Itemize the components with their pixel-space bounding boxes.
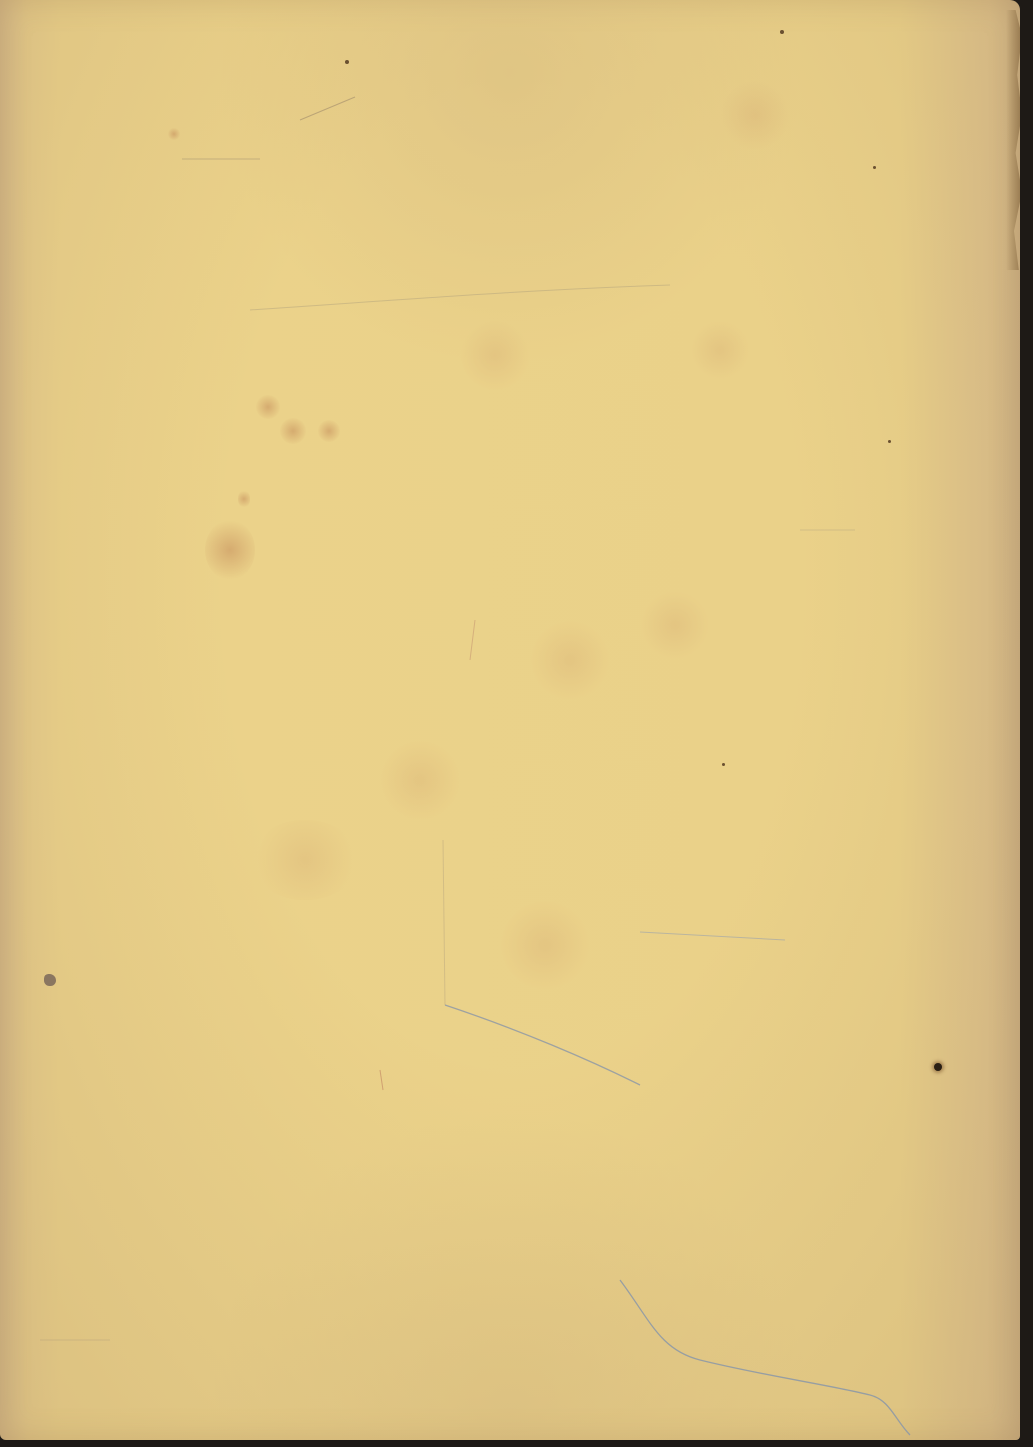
speck — [722, 763, 725, 766]
paper-chip — [44, 974, 56, 986]
pin-hole — [934, 1063, 942, 1071]
speck — [345, 60, 349, 64]
faint-foxing — [380, 740, 460, 820]
faint-foxing — [500, 900, 590, 990]
foxing-stain — [168, 128, 180, 140]
faint-foxing — [460, 320, 530, 390]
pencil-marks — [0, 0, 1020, 1440]
foxing-stain — [318, 420, 340, 442]
speck — [780, 30, 784, 34]
torn-edge — [1006, 10, 1020, 270]
speck — [888, 440, 891, 443]
faint-foxing — [640, 590, 710, 660]
faint-foxing — [250, 820, 360, 900]
faint-foxing — [720, 80, 790, 150]
blank-paper-page — [0, 0, 1020, 1440]
foxing-stain — [280, 418, 306, 444]
faint-foxing — [530, 620, 610, 700]
foxing-stain — [238, 490, 250, 508]
scanned-page-background — [0, 0, 1033, 1447]
foxing-stain — [205, 520, 255, 580]
speck — [873, 166, 876, 169]
faint-foxing — [690, 320, 750, 380]
foxing-stain — [256, 395, 280, 419]
